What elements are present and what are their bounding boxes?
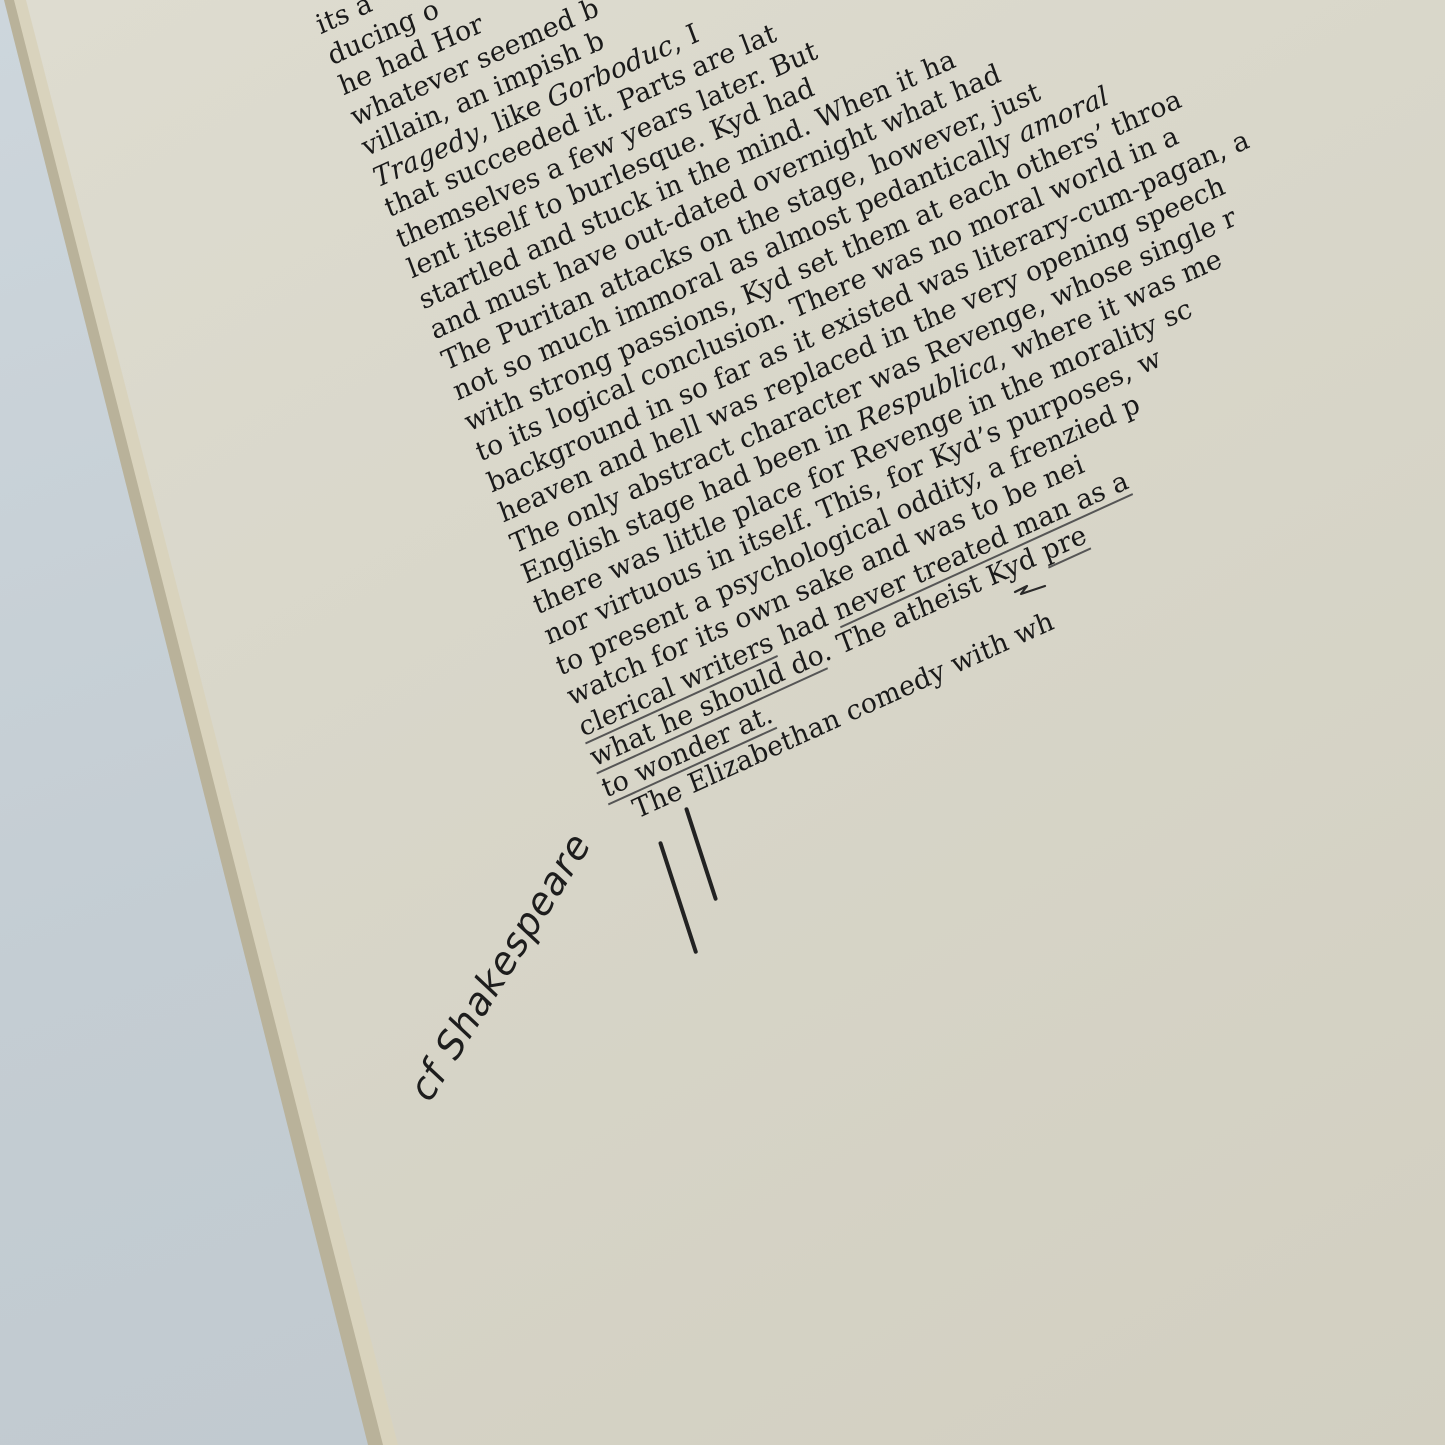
photo-scene: its a ducing o he had Hor whatever seeme… <box>0 0 1445 1445</box>
squiggle-mark-icon <box>1013 582 1047 598</box>
